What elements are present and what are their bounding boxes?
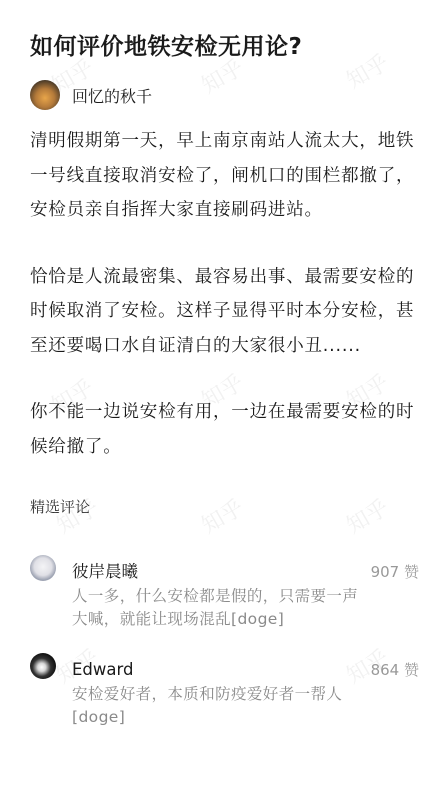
comment-like-count[interactable]: 907 赞 xyxy=(371,561,419,582)
answer-paragraph: 恰恰是人流最密集、最容易出事、最需要安检的时候取消了安检。这样子显得平时本分安检… xyxy=(30,260,417,364)
comment-body: Edward 864 赞 安检爱好者，本质和防疫爱好者一帮人[doge] xyxy=(72,651,417,729)
comment-item[interactable]: Edward 864 赞 安检爱好者，本质和防疫爱好者一帮人[doge] xyxy=(30,651,417,729)
comment-header: Edward 864 赞 xyxy=(72,651,417,681)
commenter-avatar[interactable] xyxy=(30,555,56,581)
comment-header: 彼岸晨曦 907 赞 xyxy=(72,553,417,583)
answer-page: 如何评价地铁安检无用论? 回忆的秋千 清明假期第一天，早上南京南站人流太大，地铁… xyxy=(0,0,447,729)
commenter-avatar[interactable] xyxy=(30,653,56,679)
author-name[interactable]: 回忆的秋千 xyxy=(72,84,152,107)
comment-text: 安检爱好者，本质和防疫爱好者一帮人[doge] xyxy=(72,683,362,729)
featured-comments-heading: 精选评论 xyxy=(30,496,417,517)
answer-body: 清明假期第一天，早上南京南站人流太大，地铁一号线直接取消安检了，闸机口的围栏都撤… xyxy=(30,124,417,464)
question-title[interactable]: 如何评价地铁安检无用论? xyxy=(30,0,417,62)
comment-body: 彼岸晨曦 907 赞 人一多，什么安检都是假的，只需要一声大喊，就能让现场混乱[… xyxy=(72,553,417,631)
comment-item[interactable]: 彼岸晨曦 907 赞 人一多，什么安检都是假的，只需要一声大喊，就能让现场混乱[… xyxy=(30,553,417,631)
author-row[interactable]: 回忆的秋千 xyxy=(30,80,417,110)
commenter-name[interactable]: 彼岸晨曦 xyxy=(72,561,138,583)
comment-like-count[interactable]: 864 赞 xyxy=(371,659,419,680)
commenter-name[interactable]: Edward xyxy=(72,659,133,681)
comment-text: 人一多，什么安检都是假的，只需要一声大喊，就能让现场混乱[doge] xyxy=(72,585,362,631)
author-avatar[interactable] xyxy=(30,80,60,110)
answer-paragraph: 清明假期第一天，早上南京南站人流太大，地铁一号线直接取消安检了，闸机口的围栏都撤… xyxy=(30,124,417,228)
answer-paragraph: 你不能一边说安检有用，一边在最需要安检的时候给撤了。 xyxy=(30,395,417,464)
